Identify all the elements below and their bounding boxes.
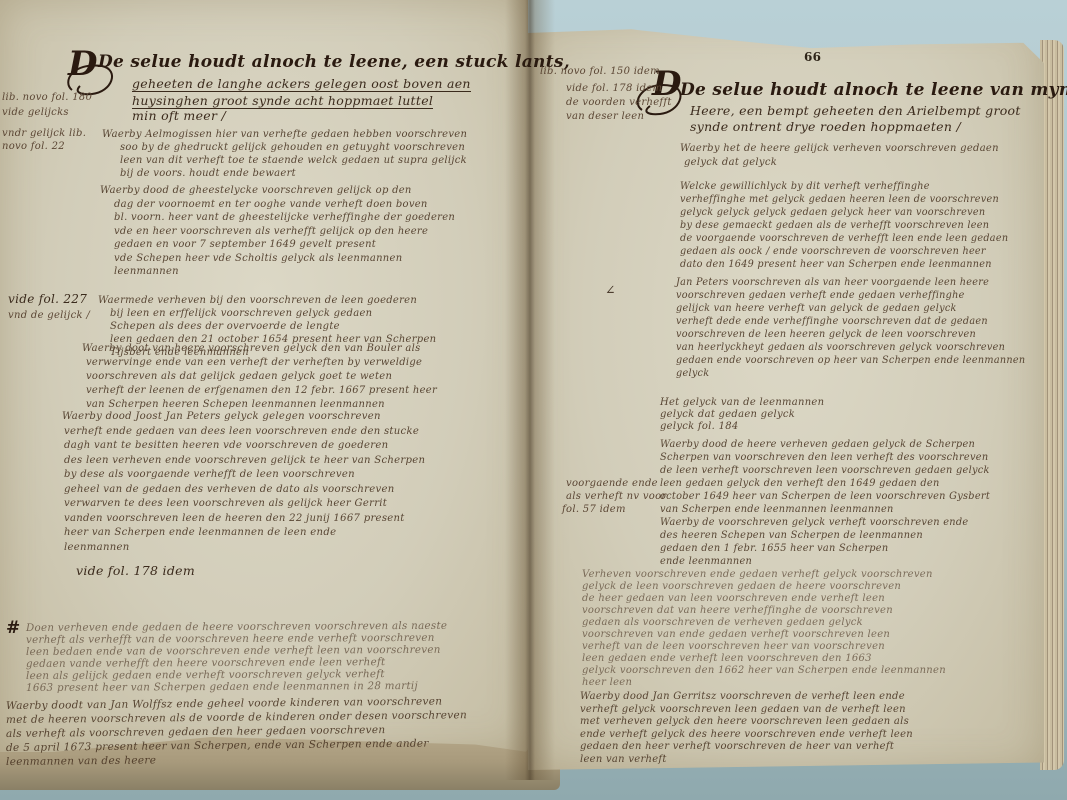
handwritten-line: by dese gemaeckt gedaen als de verhefft … <box>680 219 989 231</box>
handwritten-line: ende verheft gelyck des heere voorschrev… <box>580 728 913 740</box>
handwritten-line: Waerby dood Joost Jan Peters gelyck gele… <box>62 410 381 422</box>
margin-note: van deser leen <box>566 111 644 122</box>
handwritten-line: Waerby dood de gheestelycke voorschreven… <box>100 184 412 196</box>
margin-note: vide fol. 227 <box>8 292 87 306</box>
handwritten-line: de leen verheft voorschreven leen voorsc… <box>660 464 990 476</box>
handwritten-line: soo by de ghedruckt gelijck gehouden en … <box>120 141 465 153</box>
handwritten-line: vde Schepen heer vde Scholtis gelyck als… <box>114 252 402 264</box>
margin-note: vnd de gelijck / <box>8 310 90 321</box>
handwritten-line: gelyck dat gedaen gelyck <box>660 408 795 420</box>
handwritten-line: vanden voorschreven leen de heeren den 2… <box>64 512 405 524</box>
handwritten-line: des leen verheven ende voorschreven geli… <box>64 454 425 466</box>
margin-note: lib. novo fol. 150 idem <box>540 66 660 77</box>
handwritten-line: ende leenmannen <box>660 555 752 567</box>
handwritten-line: de heer gedaen van leen voorschreven end… <box>582 592 885 604</box>
margin-mark: ∠ <box>605 282 616 297</box>
margin-note: als verheft nv voor <box>566 491 667 502</box>
handwritten-line: voorschreven gedaen verheft ende gedaen … <box>676 289 965 301</box>
handwritten-line: heer van Scherpen ende leenmannen de lee… <box>64 526 336 538</box>
handwritten-line: gelyck dat gelyck <box>684 156 777 168</box>
handwritten-line: leen van dit verheft toe te staende welc… <box>120 154 467 166</box>
entry-marker: # <box>6 618 21 638</box>
handwritten-line: van Scherpen ende leenmannen leenmannen <box>660 503 894 515</box>
handwritten-line: verwarven te dees leen voorschreven als … <box>64 497 387 509</box>
handwritten-line: by dese als voorgaende verhefft de leen … <box>64 468 355 480</box>
handwritten-line: voorschreven de leen heeren gelyck de le… <box>676 328 976 340</box>
right-heading-line-1: De selue houdt alnoch te leene van myn v… <box>680 80 1067 100</box>
handwritten-line: van Scherpen heeren Schepen leenmannen l… <box>86 398 385 410</box>
margin-note: fol. 57 idem <box>562 504 626 515</box>
handwritten-line: verwervinge ende van een verheft der ver… <box>86 356 422 368</box>
handwritten-line: dato den 1649 present heer van Scherpen … <box>680 258 992 270</box>
left-heading-line-4: min oft meer / <box>132 108 226 123</box>
handwritten-line: geheel van de gedaen des verheven de dat… <box>64 483 395 495</box>
handwritten-line: verheft gelyck voorschreven leen gedaen … <box>580 703 906 715</box>
right-heading-line-2: Heere, een bempt geheeten den Arielbempt… <box>690 103 1021 118</box>
handwritten-line: Waerby Aelmogissen hier van verhefte ged… <box>102 128 467 140</box>
handwritten-line: Waermede verheven bij den voorschreven d… <box>98 294 417 306</box>
handwritten-line: 1663 present heer van Scherpen gedaen en… <box>26 680 418 694</box>
handwritten-line: verheft dede ende verheffinghe voorschre… <box>676 315 988 327</box>
handwritten-line: gedaen als voorschreven de verheven geda… <box>582 616 863 628</box>
handwritten-line: verheffinghe met gelyck gedaen heeren le… <box>680 193 999 205</box>
handwritten-line: Waerby het de heere gelijck verheven voo… <box>680 142 999 154</box>
margin-note: voorgaende ende <box>566 478 658 489</box>
handwritten-line: bij leen en erffelijck voorschreven gely… <box>110 307 372 319</box>
handwritten-line: van heerlyckheyt gedaen als voorschreven… <box>676 341 1005 353</box>
handwritten-line: Waerby dood de heere verheven gedaen gel… <box>660 438 975 450</box>
handwritten-line: de voorgaende voorschreven de verhefft l… <box>680 232 1008 244</box>
handwritten-line: voorschreven als dat gelijck gedaen gely… <box>86 370 392 382</box>
handwritten-line: Schepen als dees der overvoerde de lengt… <box>110 320 340 332</box>
handwritten-line: dagh vant te besitten heeren vde voorsch… <box>64 439 388 451</box>
left-footer-note: vide fol. 178 idem <box>76 563 195 578</box>
handwritten-line: leen gedaen gelyck den verheft den 1649 … <box>660 477 940 489</box>
handwritten-line: gedaen den heer verheft voorschreven de … <box>580 740 894 752</box>
handwritten-line: gedaen den 1 febr. 1655 heer van Scherpe… <box>660 542 888 554</box>
handwritten-line: leenmannen van des heere <box>6 754 156 768</box>
margin-note: vndr gelijck lib. <box>2 128 86 139</box>
margin-note: novo fol. 22 <box>2 141 65 152</box>
handwritten-line: gelyck gelyck gelyck gedaen gelyck heer … <box>680 206 985 218</box>
handwritten-line: Het gelyck van de leenmannen <box>660 396 824 408</box>
handwritten-line: bij de voors. houdt ende bewaert <box>120 167 296 179</box>
left-heading-line-1: De selue houdt alnoch te leene, een stuc… <box>98 52 570 72</box>
handwritten-line: met verheven gelyck den heere voorschrev… <box>580 715 909 727</box>
handwritten-line: vde en heer voorschreven als verhefft ge… <box>114 225 428 237</box>
left-heading-line-3: huysinghen groot synde acht hoppmaet lut… <box>132 93 433 109</box>
handwritten-line: Waerby de voorschreven gelyck verheft vo… <box>660 516 968 528</box>
handwritten-line: Welcke gewillichlyck by dit verheft verh… <box>680 180 930 192</box>
margin-note: vide gelijcks <box>2 107 69 118</box>
handwritten-line: Scherpen van voorschreven den leen verhe… <box>660 451 988 463</box>
margin-note: lib. novo fol. 180 <box>2 92 92 103</box>
handwritten-line: october 1649 heer van Scherpen de leen v… <box>660 490 990 502</box>
handwritten-line: dag der voornoemt en ter ooghe vande ver… <box>114 198 428 210</box>
handwritten-line: gelyck <box>676 367 709 379</box>
handwritten-line: des heeren Schepen van Scherpen de leenm… <box>660 529 923 541</box>
handwritten-line: leen gedaen ende verheft leen voorschrev… <box>582 652 872 664</box>
handwritten-line: voorschreven van ende gedaen verheft voo… <box>582 628 890 640</box>
handwritten-line: gelyck fol. 184 <box>660 420 738 432</box>
handwritten-line: Jan Peters voorschreven als van heer voo… <box>676 276 989 288</box>
handwritten-line: gelijck van heere verheft van gelyck de … <box>676 302 957 314</box>
handwritten-line: verheft der leenen de erfgenamen den 12 … <box>86 384 437 396</box>
handwritten-line: heer leen <box>582 676 632 688</box>
handwritten-line: voorschreven dat van heere verheffinghe … <box>582 604 893 616</box>
handwritten-line: leen van verheft <box>580 753 667 765</box>
handwritten-line: gedaen als oock / ende voorschreven de v… <box>680 245 986 257</box>
handwritten-line: gedaen en voor 7 september 1649 gevelt p… <box>114 238 376 250</box>
handwritten-line: verheft van de leen voorschreven heer va… <box>582 640 885 652</box>
handwritten-line: gelyck de leen voorschreven gedaen de he… <box>582 580 901 592</box>
right-heading-line-3: synde ontrent drye roeden hoppmaeten / <box>690 119 961 134</box>
handwritten-line: leenmannen <box>64 541 130 553</box>
handwritten-line: gelyck voorschreven den 1662 heer van Sc… <box>582 664 946 676</box>
margin-note: vide fol. 178 idem <box>566 83 662 94</box>
margin-note: de voorden verhefft <box>566 97 672 108</box>
handwritten-line: bl. voorn. heer vant de gheestelijcke ve… <box>114 211 455 223</box>
handwritten-line: Verheven voorschreven ende gedaen verhef… <box>582 568 933 580</box>
handwritten-line: Waerby doot van heere voorschreven gelyc… <box>82 342 420 354</box>
folio-number: 66 <box>804 50 821 64</box>
handwritten-line: Waerby dood Jan Gerritsz voorschreven de… <box>580 690 905 702</box>
handwritten-line: gedaen ende voorschreven op heer van Sch… <box>676 354 1025 366</box>
handwritten-line: leenmannen <box>114 265 179 277</box>
handwritten-line: verheft ende gedaen van dees leen voorsc… <box>64 425 419 437</box>
left-heading-line-2: geheeten de langhe ackers gelegen oost b… <box>132 76 471 92</box>
